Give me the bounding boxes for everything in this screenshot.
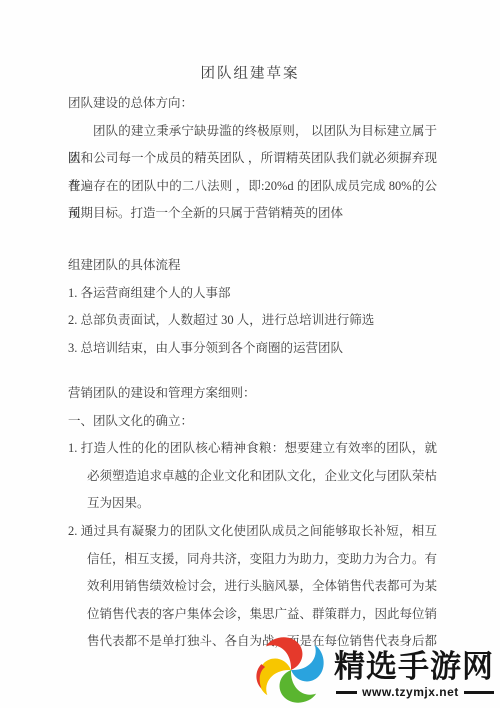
url-divider-right <box>464 691 494 694</box>
process-section: 组建团队的具体流程 1. 各运营商组建个人的人事部 2. 总部负责面试，人数超过… <box>68 252 437 362</box>
process-heading: 组建团队的具体流程 <box>68 252 437 280</box>
rules-heading: 营销团队的建设和管理方案细则： <box>68 380 437 408</box>
overview-section: 团队建设的总体方向： 团队的建立秉承宁缺毋滥的终极原则， 以团队为目标建立属于团… <box>68 90 437 228</box>
rules-subheading: 一、团队文化的确立： <box>68 408 437 436</box>
pinwheel-logo-icon <box>253 633 329 707</box>
overview-heading: 团队建设的总体方向： <box>68 90 437 118</box>
rule2-line-4: 位销售代表的客户集体会诊，集思广益、群策群力，因此每位销 <box>68 601 437 629</box>
process-item-1: 1. 各运营商组建个人的人事部 <box>68 280 437 308</box>
overview-line-4: 预期目标。打造一个全新的只属于营销精英的团体 <box>68 200 437 228</box>
process-item-2: 2. 总部负责面试，人数超过 30 人，进行总培训进行筛选 <box>68 307 437 335</box>
rule2-line-2: 信任，相互支援，同舟共济，变阻力为助力，变助力为合力。有 <box>68 546 437 574</box>
document-page: 团队组建草案 团队建设的总体方向： 团队的建立秉承宁缺毋滥的终极原则， 以团队为… <box>0 0 500 708</box>
rule2-line-3: 效利用销售绩效检讨会，进行头脑风暴，全体销售代表都可为某 <box>68 573 437 601</box>
url-divider-left <box>336 691 357 694</box>
rules-section: 营销团队的建设和管理方案细则： 一、团队文化的确立： 1. 打造人性的化的团队核… <box>68 380 437 656</box>
document-title: 团队组建草案 <box>0 62 500 83</box>
rule1-line-3: 互为因果。 <box>68 490 437 518</box>
rule1-line-1: 1. 打造人性的化的团队核心精神食粮：想要建立有效率的团队，就 <box>68 435 437 463</box>
site-name: 精选手游网 <box>334 641 494 686</box>
site-url: www.tzymjx.net <box>362 685 459 699</box>
process-item-3: 3. 总培训结束，由人事分领到各个商圈的运营团队 <box>68 335 437 363</box>
overview-line-2: 队和公司每一个成员的精英团队 ，所谓精英团队我们就必须摒弃现在 <box>68 145 437 173</box>
overview-line-3: 普遍存在的团队中的二八法则 ，即:20%d 的团队成员完成 80%的公司 <box>68 173 437 201</box>
rule2-line-1: 2. 通过具有凝聚力的团队文化使团队成员之间能够取长补短，相互 <box>68 518 437 546</box>
rule1-line-2: 必须塑造追求卓越的企业文化和团队文化，企业文化与团队荣枯 <box>68 463 437 491</box>
site-url-row: www.tzymjx.net <box>336 685 494 699</box>
overview-line-1: 团队的建立秉承宁缺毋滥的终极原则， 以团队为目标建立属于团 <box>68 118 437 146</box>
